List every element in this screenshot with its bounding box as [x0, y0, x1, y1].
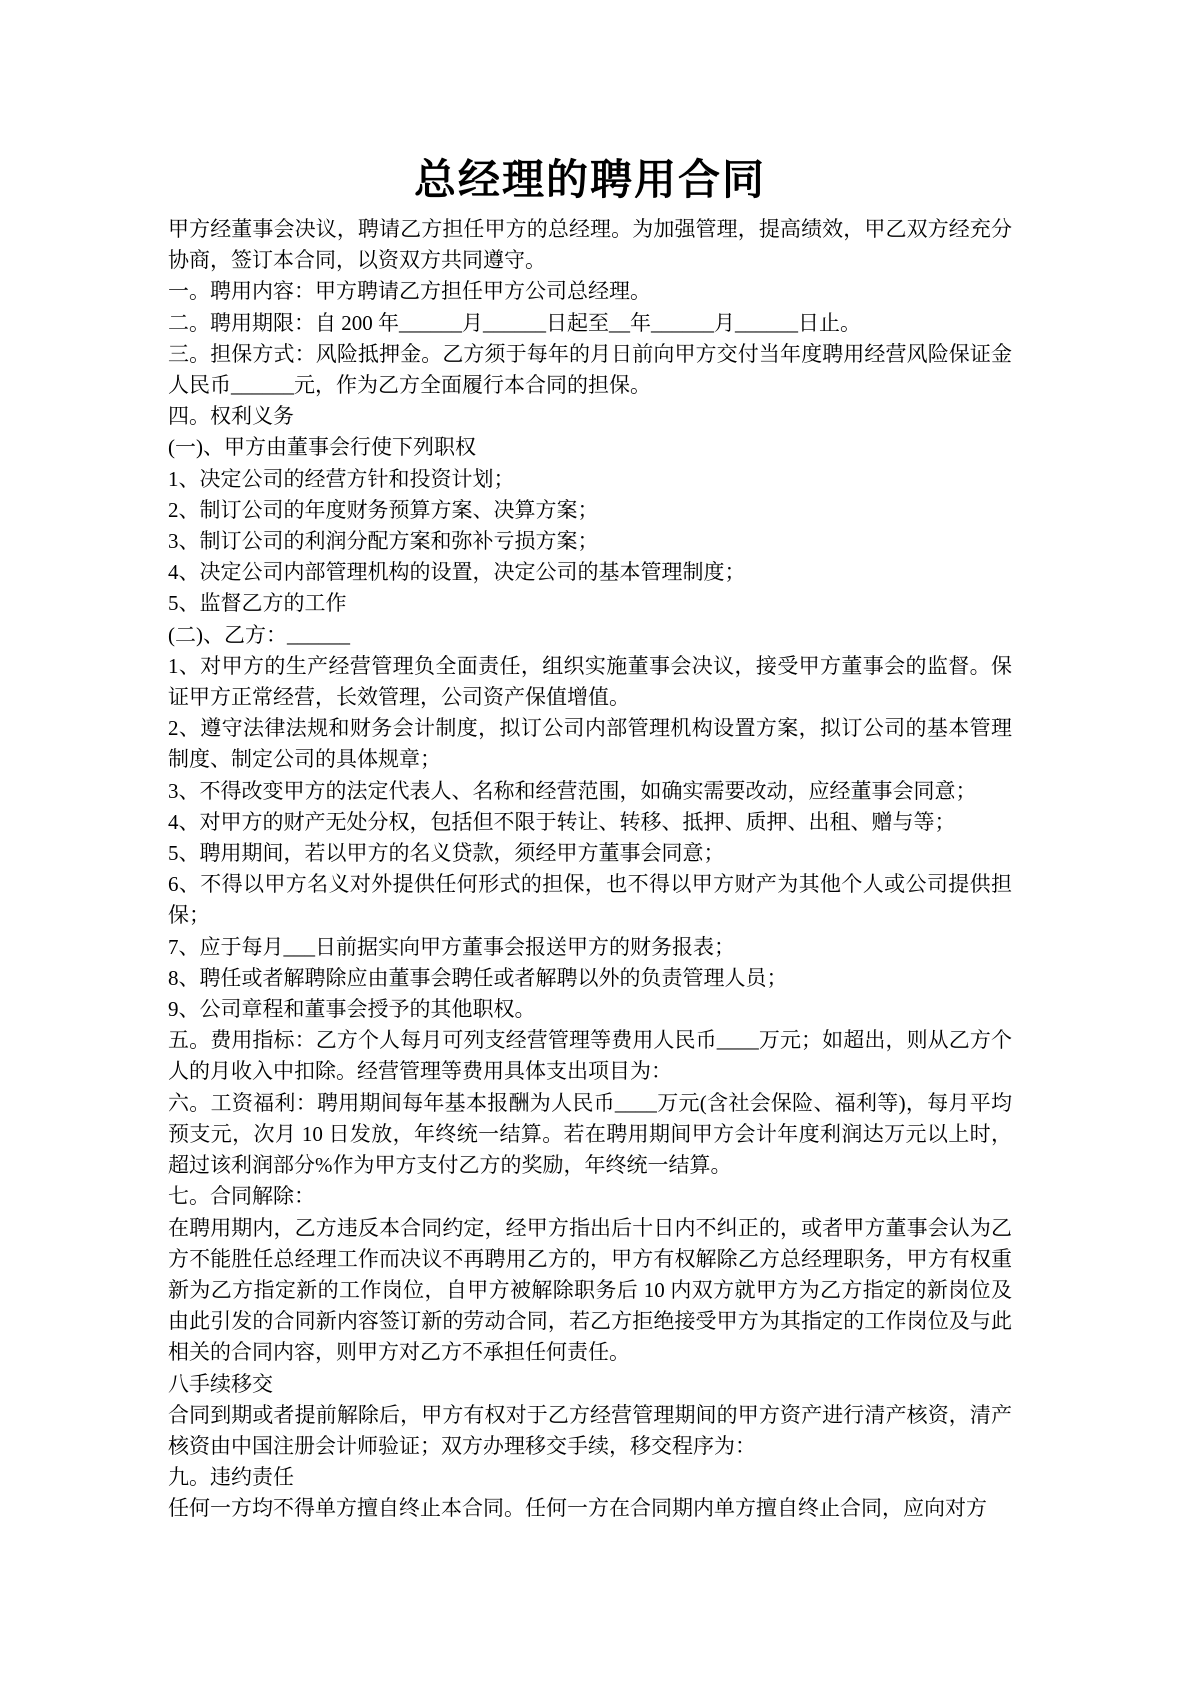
paragraph: 1、决定公司的经营方针和投资计划；	[168, 464, 1012, 495]
paragraph: (一)、甲方由董事会行使下列职权	[168, 432, 1012, 463]
paragraph: 3、不得改变甲方的法定代表人、名称和经营范围，如确实需要改动，应经董事会同意；	[168, 776, 1012, 807]
paragraph: 一。聘用内容：甲方聘请乙方担任甲方公司总经理。	[168, 276, 1012, 307]
paragraph: (二)、乙方：______	[168, 620, 1012, 651]
paragraph: 八手续移交	[168, 1369, 1012, 1400]
paragraph: 六。工资福利：聘用期间每年基本报酬为人民币____万元(含社会保险、福利等)，每…	[168, 1088, 1012, 1182]
paragraph: 二。聘用期限：自 200 年______月______日起至__年______月…	[168, 308, 1012, 339]
paragraph: 8、聘任或者解聘除应由董事会聘任或者解聘以外的负责管理人员；	[168, 963, 1012, 994]
document-title: 总经理的聘用合同	[168, 158, 1012, 204]
paragraph: 5、监督乙方的工作	[168, 588, 1012, 619]
paragraph: 9、公司章程和董事会授予的其他职权。	[168, 994, 1012, 1025]
paragraph: 7、应于每月___日前据实向甲方董事会报送甲方的财务报表；	[168, 932, 1012, 963]
paragraph: 在聘用期内，乙方违反本合同约定，经甲方指出后十日内不纠正的，或者甲方董事会认为乙…	[168, 1213, 1012, 1369]
paragraph: 3、制订公司的利润分配方案和弥补亏损方案；	[168, 526, 1012, 557]
paragraph: 九。违约责任	[168, 1462, 1012, 1493]
paragraph: 4、决定公司内部管理机构的设置，决定公司的基本管理制度；	[168, 557, 1012, 588]
paragraph: 6、不得以甲方名义对外提供任何形式的担保，也不得以甲方财产为其他个人或公司提供担…	[168, 869, 1012, 931]
paragraph: 五。费用指标：乙方个人每月可列支经营管理等费用人民币____万元；如超出，则从乙…	[168, 1025, 1012, 1087]
paragraph: 甲方经董事会决议，聘请乙方担任甲方的总经理。为加强管理，提高绩效，甲乙双方经充分…	[168, 214, 1012, 276]
paragraph: 4、对甲方的财产无处分权，包括但不限于转让、转移、抵押、质押、出租、赠与等；	[168, 807, 1012, 838]
paragraph: 合同到期或者提前解除后，甲方有权对于乙方经营管理期间的甲方资产进行清产核资，清产…	[168, 1400, 1012, 1462]
paragraph: 四。权利义务	[168, 401, 1012, 432]
paragraph: 任何一方均不得单方擅自终止本合同。任何一方在合同期内单方擅自终止合同，应向对方	[168, 1493, 1012, 1524]
paragraph: 三。担保方式：风险抵押金。乙方须于每年的月日前向甲方交付当年度聘用经营风险保证金…	[168, 339, 1012, 401]
paragraph: 1、对甲方的生产经营管理负全面责任，组织实施董事会决议，接受甲方董事会的监督。保…	[168, 651, 1012, 713]
paragraph: 2、遵守法律法规和财务会计制度，拟订公司内部管理机构设置方案，拟订公司的基本管理…	[168, 713, 1012, 775]
paragraph: 2、制订公司的年度财务预算方案、决算方案；	[168, 495, 1012, 526]
paragraph: 5、聘用期间，若以甲方的名义贷款，须经甲方董事会同意；	[168, 838, 1012, 869]
paragraph: 七。合同解除：	[168, 1181, 1012, 1212]
document-body: 甲方经董事会决议，聘请乙方担任甲方的总经理。为加强管理，提高绩效，甲乙双方经充分…	[168, 214, 1012, 1525]
contract-page: 总经理的聘用合同 甲方经董事会决议，聘请乙方担任甲方的总经理。为加强管理，提高绩…	[0, 0, 1190, 1683]
